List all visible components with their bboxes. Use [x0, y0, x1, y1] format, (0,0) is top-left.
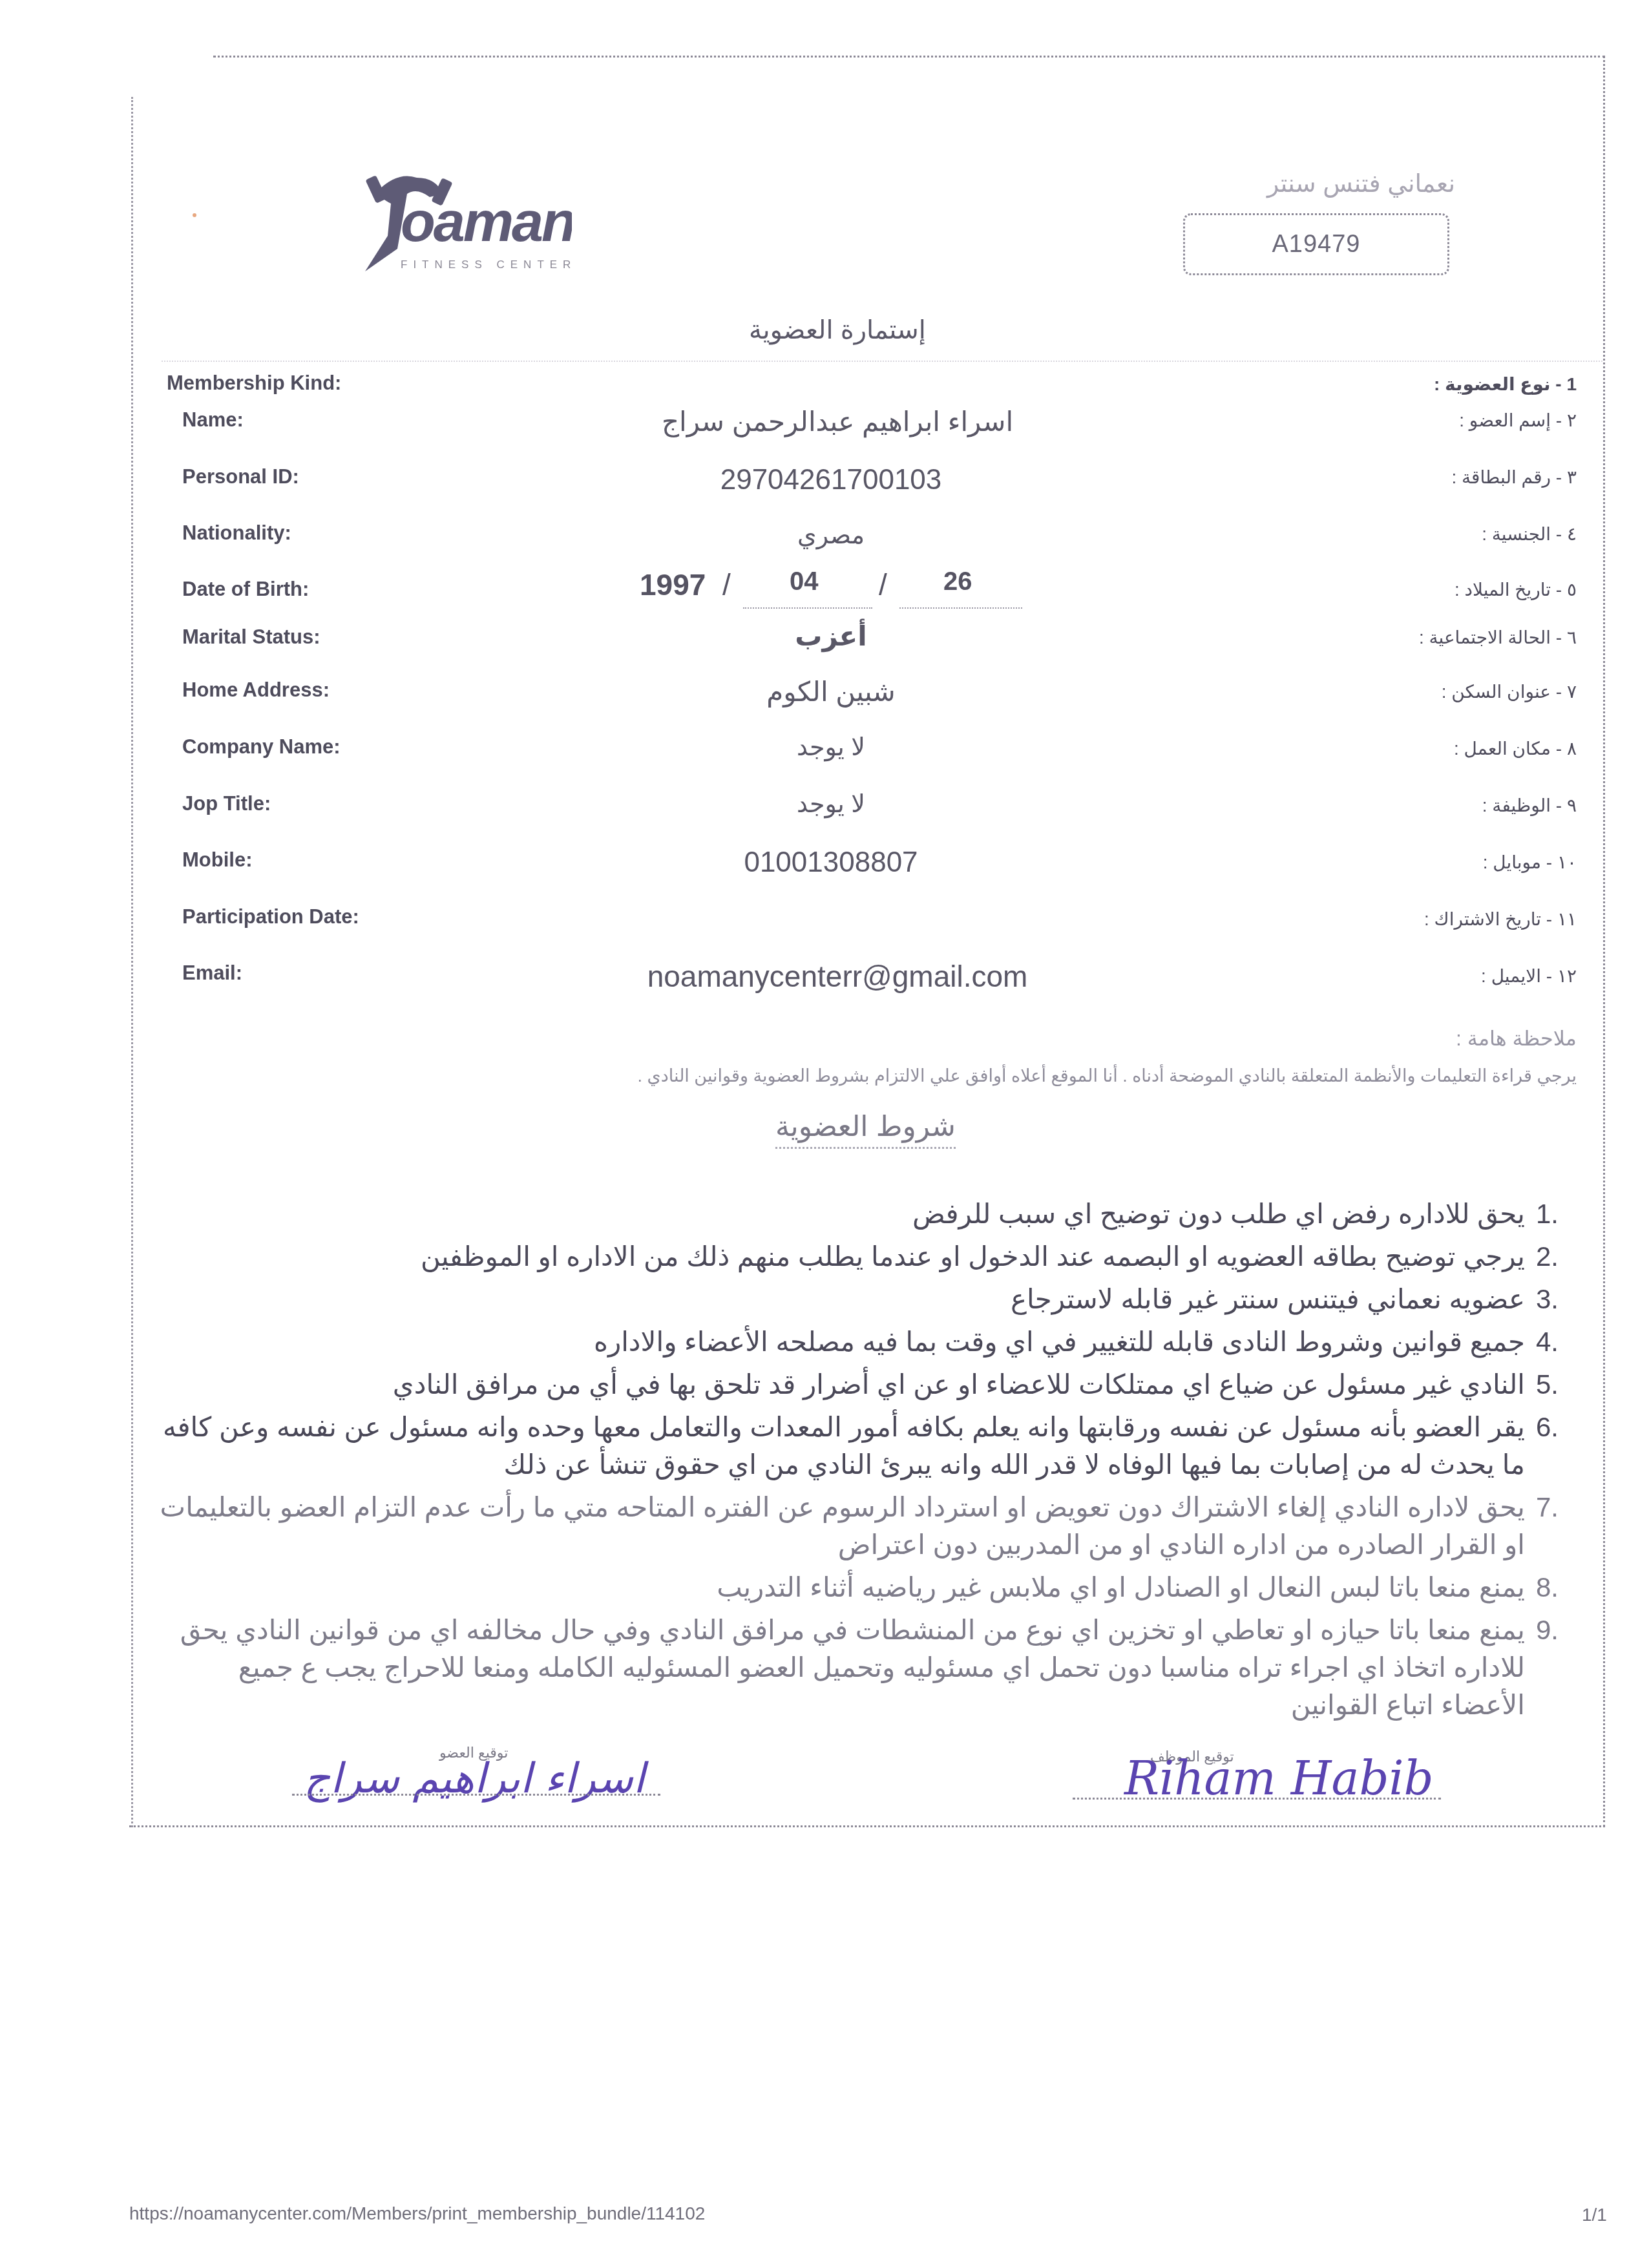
term-item: 3. عضويه نعماني فيتنس سنتر غير قابله لاس… — [150, 1281, 1559, 1318]
scan-speck — [193, 213, 196, 217]
dob-separator: / — [722, 567, 731, 602]
center-name-arabic: نعماني فتنس سنتر — [1267, 169, 1455, 198]
note-title: ملاحظة هامة : — [1456, 1026, 1577, 1051]
term-item: 7. يحق لاداره النادي إلغاء الاشتراك دون … — [150, 1489, 1559, 1564]
dob-day-underline — [899, 607, 1022, 609]
member-signature-line — [292, 1794, 660, 1796]
label-participation-date: Participation Date: — [182, 905, 359, 929]
terms-list: 1. يحق للاداره رفض اي طلب دون توضيح اي س… — [150, 1195, 1559, 1729]
term-item: 1. يحق للاداره رفض اي طلب دون توضيح اي س… — [150, 1195, 1559, 1233]
label-membership-kind: Membership Kind: — [167, 372, 341, 395]
term-item: 6. يقر العضو بأنه مسئول عن نفسه ورقابتها… — [150, 1409, 1559, 1484]
label-ar-date-of-birth: ٥ - تاريخ الميلاد : — [1455, 579, 1577, 600]
dob-month: 04 — [790, 567, 819, 596]
staff-signature-line — [1073, 1798, 1441, 1800]
form-number-box: A19479 — [1183, 213, 1449, 275]
page-number: 1/1 — [1582, 2205, 1607, 2225]
dob-day: 26 — [943, 567, 972, 596]
value-marital-status: أعزب — [0, 620, 1649, 652]
value-name: اسراء ابراهيم عبدالرحمن سراج — [0, 406, 1649, 437]
term-item: 2. يرجي توضيح بطاقه العضويه او البصمه عن… — [150, 1238, 1559, 1276]
term-item: 4. جميع قوانين وشروط النادى قابله للتغيي… — [150, 1323, 1559, 1361]
term-item: 5. النادي غير مسئول عن ضياع اي ممتلكات ل… — [150, 1366, 1559, 1403]
term-item: 9. يمنع منعا باتا حيازه او تعاطي او تخزي… — [150, 1612, 1559, 1724]
divider — [162, 361, 1602, 362]
value-job-title: لا يوجد — [0, 790, 1649, 819]
value-email: noamanycenterr@gmail.com — [0, 959, 1649, 994]
value-personal-id: 29704261700103 — [0, 464, 1649, 496]
svg-text:oamany: oamany — [401, 189, 572, 253]
form-title: إستمارة العضوية — [0, 315, 1649, 345]
value-nationality: مصري — [0, 521, 1649, 550]
label-date-of-birth: Date of Birth: — [182, 578, 309, 601]
note-text: يرجي قراءة التعليمات والأنظمة المتعلقة ب… — [638, 1066, 1577, 1086]
value-mobile: 01001308807 — [0, 846, 1649, 879]
value-company-name: لا يوجد — [0, 733, 1649, 762]
term-item: 8. يمنع منعا باتا لبس النعال او الصنادل … — [150, 1569, 1559, 1606]
print-url: https://noamanycenter.com/Members/print_… — [129, 2203, 705, 2224]
dob-year: 1997 — [640, 567, 706, 602]
value-home-address: شبين الكوم — [0, 676, 1649, 708]
dob-separator-2: / — [879, 567, 887, 602]
terms-title: شروط العضوية — [775, 1110, 956, 1149]
logo-subtitle: FITNESS CENTER — [401, 258, 576, 271]
dob-month-underline — [743, 607, 872, 609]
label-ar-participation-date: ١١ - تاريخ الاشتراك : — [1424, 908, 1577, 930]
form-number: A19479 — [1272, 231, 1360, 258]
label-ar-membership-kind: 1 - نوع العضوية : — [1434, 373, 1577, 395]
